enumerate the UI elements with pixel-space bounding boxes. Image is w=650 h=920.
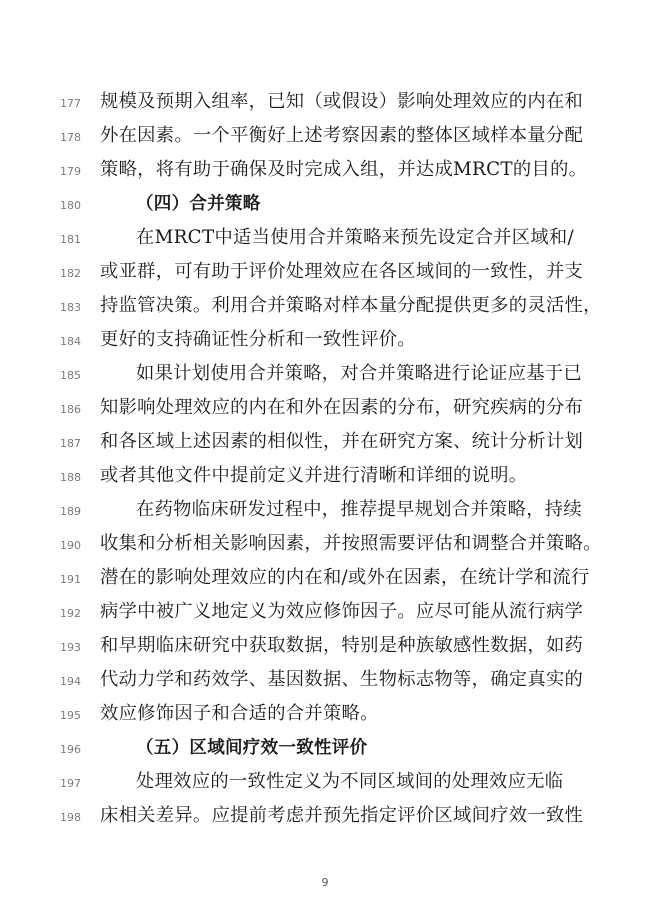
line-number: 178 — [60, 131, 81, 144]
line-text: 处理效应的一致性定义为不同区域间的处理效应无临 — [136, 768, 566, 796]
line-text: 规模及预期入组率，已知（或假设）影响处理效应的内在和 — [100, 88, 565, 116]
line-number: 184 — [60, 335, 81, 348]
text-line: 182或亚群，可有助于评价处理效应在各区域间的一致性，并支 — [0, 258, 650, 292]
line-number: 185 — [60, 369, 81, 382]
line-number: 188 — [60, 471, 81, 484]
line-text: 在MRCT中适当使用合并策略来预先设定合并区域和/ — [136, 224, 566, 252]
text-line: 197处理效应的一致性定义为不同区域间的处理效应无临 — [0, 768, 650, 802]
line-text: 代动力学和药效学、基因数据、生物标志物等，确定真实的 — [100, 666, 565, 694]
line-text: 持监管决策。利用合并策略对样本量分配提供更多的灵活性， — [100, 292, 565, 320]
line-number: 189 — [60, 505, 81, 518]
line-text: 和早期临床研究中获取数据，特别是种族敏感性数据，如药 — [100, 632, 565, 660]
line-number: 177 — [60, 97, 81, 110]
text-line: 191潜在的影响处理效应的内在和/或外在因素，在统计学和流行 — [0, 564, 650, 598]
line-number: 190 — [60, 539, 81, 552]
text-line: 179策略，将有助于确保及时完成入组，并达成MRCT的目的。 — [0, 156, 650, 190]
text-line: 178外在因素。一个平衡好上述考察因素的整体区域样本量分配 — [0, 122, 650, 156]
line-text: 知影响处理效应的内在和外在因素的分布，研究疾病的分布 — [100, 394, 565, 422]
line-number: 183 — [60, 301, 81, 314]
line-text: 收集和分析相关影响因素，并按照需要评估和调整合并策略。 — [100, 530, 565, 558]
line-number: 194 — [60, 675, 81, 688]
line-number: 191 — [60, 573, 81, 586]
text-line: 195效应修饰因子和合适的合并策略。 — [0, 700, 650, 734]
text-line: 177规模及预期入组率，已知（或假设）影响处理效应的内在和 — [0, 88, 650, 122]
line-text: 和各区域上述因素的相似性，并在研究方案、统计分析计划 — [100, 428, 565, 456]
line-number: 197 — [60, 777, 81, 790]
line-text: 或亚群，可有助于评价处理效应在各区域间的一致性，并支 — [100, 258, 565, 286]
line-text: 更好的支持确证性分析和一致性评价。 — [100, 326, 565, 354]
text-line: 190收集和分析相关影响因素，并按照需要评估和调整合并策略。 — [0, 530, 650, 564]
page-number: 9 — [0, 876, 650, 889]
text-line: 184更好的支持确证性分析和一致性评价。 — [0, 326, 650, 360]
text-line: 185如果计划使用合并策略，对合并策略进行论证应基于已 — [0, 360, 650, 394]
text-line: 194代动力学和药效学、基因数据、生物标志物等，确定真实的 — [0, 666, 650, 700]
line-number: 196 — [60, 743, 81, 756]
text-line: 193和早期临床研究中获取数据，特别是种族敏感性数据，如药 — [0, 632, 650, 666]
section-heading-line: 180（四）合并策略 — [0, 190, 650, 224]
text-line: 181在MRCT中适当使用合并策略来预先设定合并区域和/ — [0, 224, 650, 258]
text-line: 189在药物临床研发过程中，推荐提早规划合并策略，持续 — [0, 496, 650, 530]
line-number: 192 — [60, 607, 81, 620]
text-line: 187和各区域上述因素的相似性，并在研究方案、统计分析计划 — [0, 428, 650, 462]
line-number: 182 — [60, 267, 81, 280]
line-number: 180 — [60, 199, 81, 212]
document-page: 177规模及预期入组率，已知（或假设）影响处理效应的内在和178外在因素。一个平… — [0, 0, 650, 920]
line-number: 181 — [60, 233, 81, 246]
line-number: 193 — [60, 641, 81, 654]
line-text: 潜在的影响处理效应的内在和/或外在因素，在统计学和流行 — [100, 564, 565, 592]
line-text: 策略，将有助于确保及时完成入组，并达成MRCT的目的。 — [100, 156, 565, 184]
line-number: 195 — [60, 709, 81, 722]
line-number: 187 — [60, 437, 81, 450]
line-text: 如果计划使用合并策略，对合并策略进行论证应基于已 — [136, 360, 566, 388]
line-text: 效应修饰因子和合适的合并策略。 — [100, 700, 565, 728]
line-number: 198 — [60, 811, 81, 824]
line-text: 或者其他文件中提前定义并进行清晰和详细的说明。 — [100, 462, 565, 490]
text-line: 198床相关差异。应提前考虑并预先指定评价区域间疗效一致性 — [0, 802, 650, 836]
section-heading-line: 196（五）区域间疗效一致性评价 — [0, 734, 650, 768]
line-text: 病学中被广义地定义为效应修饰因子。应尽可能从流行病学 — [100, 598, 565, 626]
line-text: 外在因素。一个平衡好上述考察因素的整体区域样本量分配 — [100, 122, 565, 150]
section-heading: （五）区域间疗效一致性评价 — [136, 734, 601, 762]
text-line: 183持监管决策。利用合并策略对样本量分配提供更多的灵活性， — [0, 292, 650, 326]
text-line: 192病学中被广义地定义为效应修饰因子。应尽可能从流行病学 — [0, 598, 650, 632]
text-line: 188或者其他文件中提前定义并进行清晰和详细的说明。 — [0, 462, 650, 496]
line-number: 186 — [60, 403, 81, 416]
text-line: 186知影响处理效应的内在和外在因素的分布，研究疾病的分布 — [0, 394, 650, 428]
line-text: 床相关差异。应提前考虑并预先指定评价区域间疗效一致性 — [100, 802, 565, 830]
line-text: 在药物临床研发过程中，推荐提早规划合并策略，持续 — [136, 496, 566, 524]
line-number: 179 — [60, 165, 81, 178]
section-heading: （四）合并策略 — [136, 190, 601, 218]
